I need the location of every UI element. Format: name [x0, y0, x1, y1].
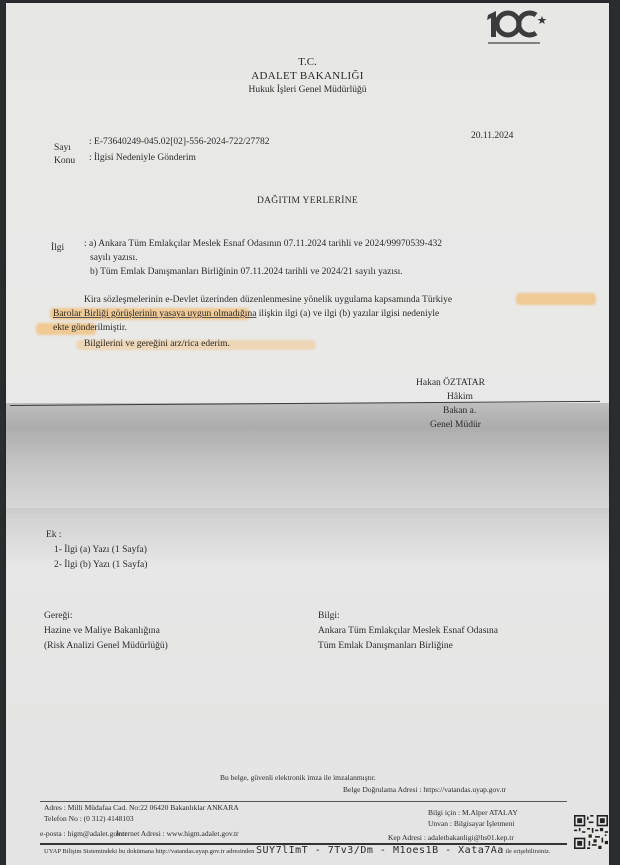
attachment-item: 1- İlgi (a) Yazı (1 Sayfa) [54, 545, 147, 555]
konu-label: Konu [54, 156, 75, 166]
footer-contact: Bilgi için : M.Alper ATALAY [428, 808, 518, 817]
ilgi-label: İlgi [51, 243, 64, 253]
gerek-label: Gereği: [44, 611, 73, 621]
signer-authority: Bakan a. [443, 406, 476, 416]
gerek-recipient: Hazine ve Maliye Bakanlığına [44, 626, 160, 636]
highlight-mark [516, 293, 596, 305]
document-page: T.C. ADALET BAKANLIĞI Hukuk İşleri Genel… [6, 3, 609, 865]
uyap-text: ile erişebilirsiniz. [505, 848, 550, 855]
verification-address: Belge Doğrulama Adresi : https://vatanda… [343, 785, 506, 794]
footer-kep: Kep Adresi : adaletbakanligi@hs01.kep.tr [388, 833, 514, 842]
bilgi-label: Bilgi: [318, 611, 340, 621]
highlighted-text: Türkiye [420, 295, 452, 305]
ilgi-a-line2: sayılı yazısı. [90, 253, 138, 263]
100-year-anniversary-logo-icon [482, 9, 552, 49]
konu-value: : İlgisi Nedeniyle Gönderim [89, 153, 196, 163]
esign-notice: Bu belge, güvenli elektronik imza ile im… [220, 773, 376, 782]
body-text: Kira sözleşmelerinin e-Devlet üzerinden … [84, 295, 420, 305]
bilgi-recipient: Tüm Emlak Danışmanları Birliğine [318, 641, 453, 651]
header-ministry: ADALET BAKANLIĞI [6, 70, 609, 82]
highlighted-text: Barolar Birliği görüşlerinin yasaya uygu… [53, 309, 256, 319]
gerek-recipient: (Risk Analizi Genel Müdürlüğü) [44, 641, 168, 651]
uyap-text: UYAP Bilişim Sistemindeki bu dokümana ht… [44, 848, 254, 855]
body-paragraph-1-line2: Barolar Birliği görüşlerinin yasaya uygu… [53, 309, 439, 319]
footer-address: Adres : Milli Müdafaa Cad. No:22 06420 B… [44, 803, 239, 812]
qr-code-icon [574, 815, 608, 849]
ilgi-b-line: b) Tüm Emlak Danışmanları Birliğinin 07.… [90, 267, 403, 277]
body-paragraph-2: Bilgilerini ve gereğini arz/rica ederim. [84, 339, 230, 349]
body-text: ilişkin ilgi (a) ve ilgi (b) yazılar ilg… [256, 309, 439, 319]
document-date: 20.11.2024 [471, 131, 513, 141]
footer-email: e-posta : higm@adalet.gov.tr [40, 829, 127, 838]
attachment-item: 2- İlgi (b) Yazı (1 Sayfa) [54, 560, 147, 570]
sayi-label: Sayı [54, 143, 71, 153]
header-tc: T.C. [6, 56, 609, 68]
photo-shadow-fade [6, 508, 609, 568]
signer-title: Hâkim [447, 392, 473, 402]
photo-shadow [6, 403, 609, 513]
ilgi-a-line1: : a) Ankara Tüm Emlakçılar Meslek Esnaf … [84, 239, 442, 249]
footer-phone: Telefon No : (0 312) 4148103 [44, 814, 134, 823]
attachments-label: Ek : [46, 530, 62, 540]
footer-web: İnternet Adresi : www.higm.adalet.gov.tr [116, 829, 239, 838]
uyap-access-note: UYAP Bilişim Sistemindeki bu dokümana ht… [44, 845, 551, 856]
sayi-value: : E-73640249-045.02[02]-556-2024-722/277… [89, 137, 269, 147]
uyap-access-code: SUY7lImT - 7Tv3/Dm - M1oes1B - Xata7Aa [256, 845, 504, 856]
signer-position: Genel Müdür [430, 420, 481, 430]
body-paragraph-1-line3: ekte gönderilmiştir. [53, 323, 127, 333]
footer-unvan: Unvan : Bilgisayar İşletmeni [428, 819, 514, 828]
footer-divider [40, 801, 567, 802]
signer-name: Hakan ÖZTATAR [416, 378, 485, 388]
bilgi-recipient: Ankara Tüm Emlakçılar Meslek Esnaf Odası… [318, 626, 498, 636]
header-department: Hukuk İşleri Genel Müdürlüğü [6, 85, 609, 95]
body-paragraph-1-line1: Kira sözleşmelerinin e-Devlet üzerinden … [84, 295, 452, 305]
addressee: DAĞITIM YERLERİNE [6, 196, 609, 206]
